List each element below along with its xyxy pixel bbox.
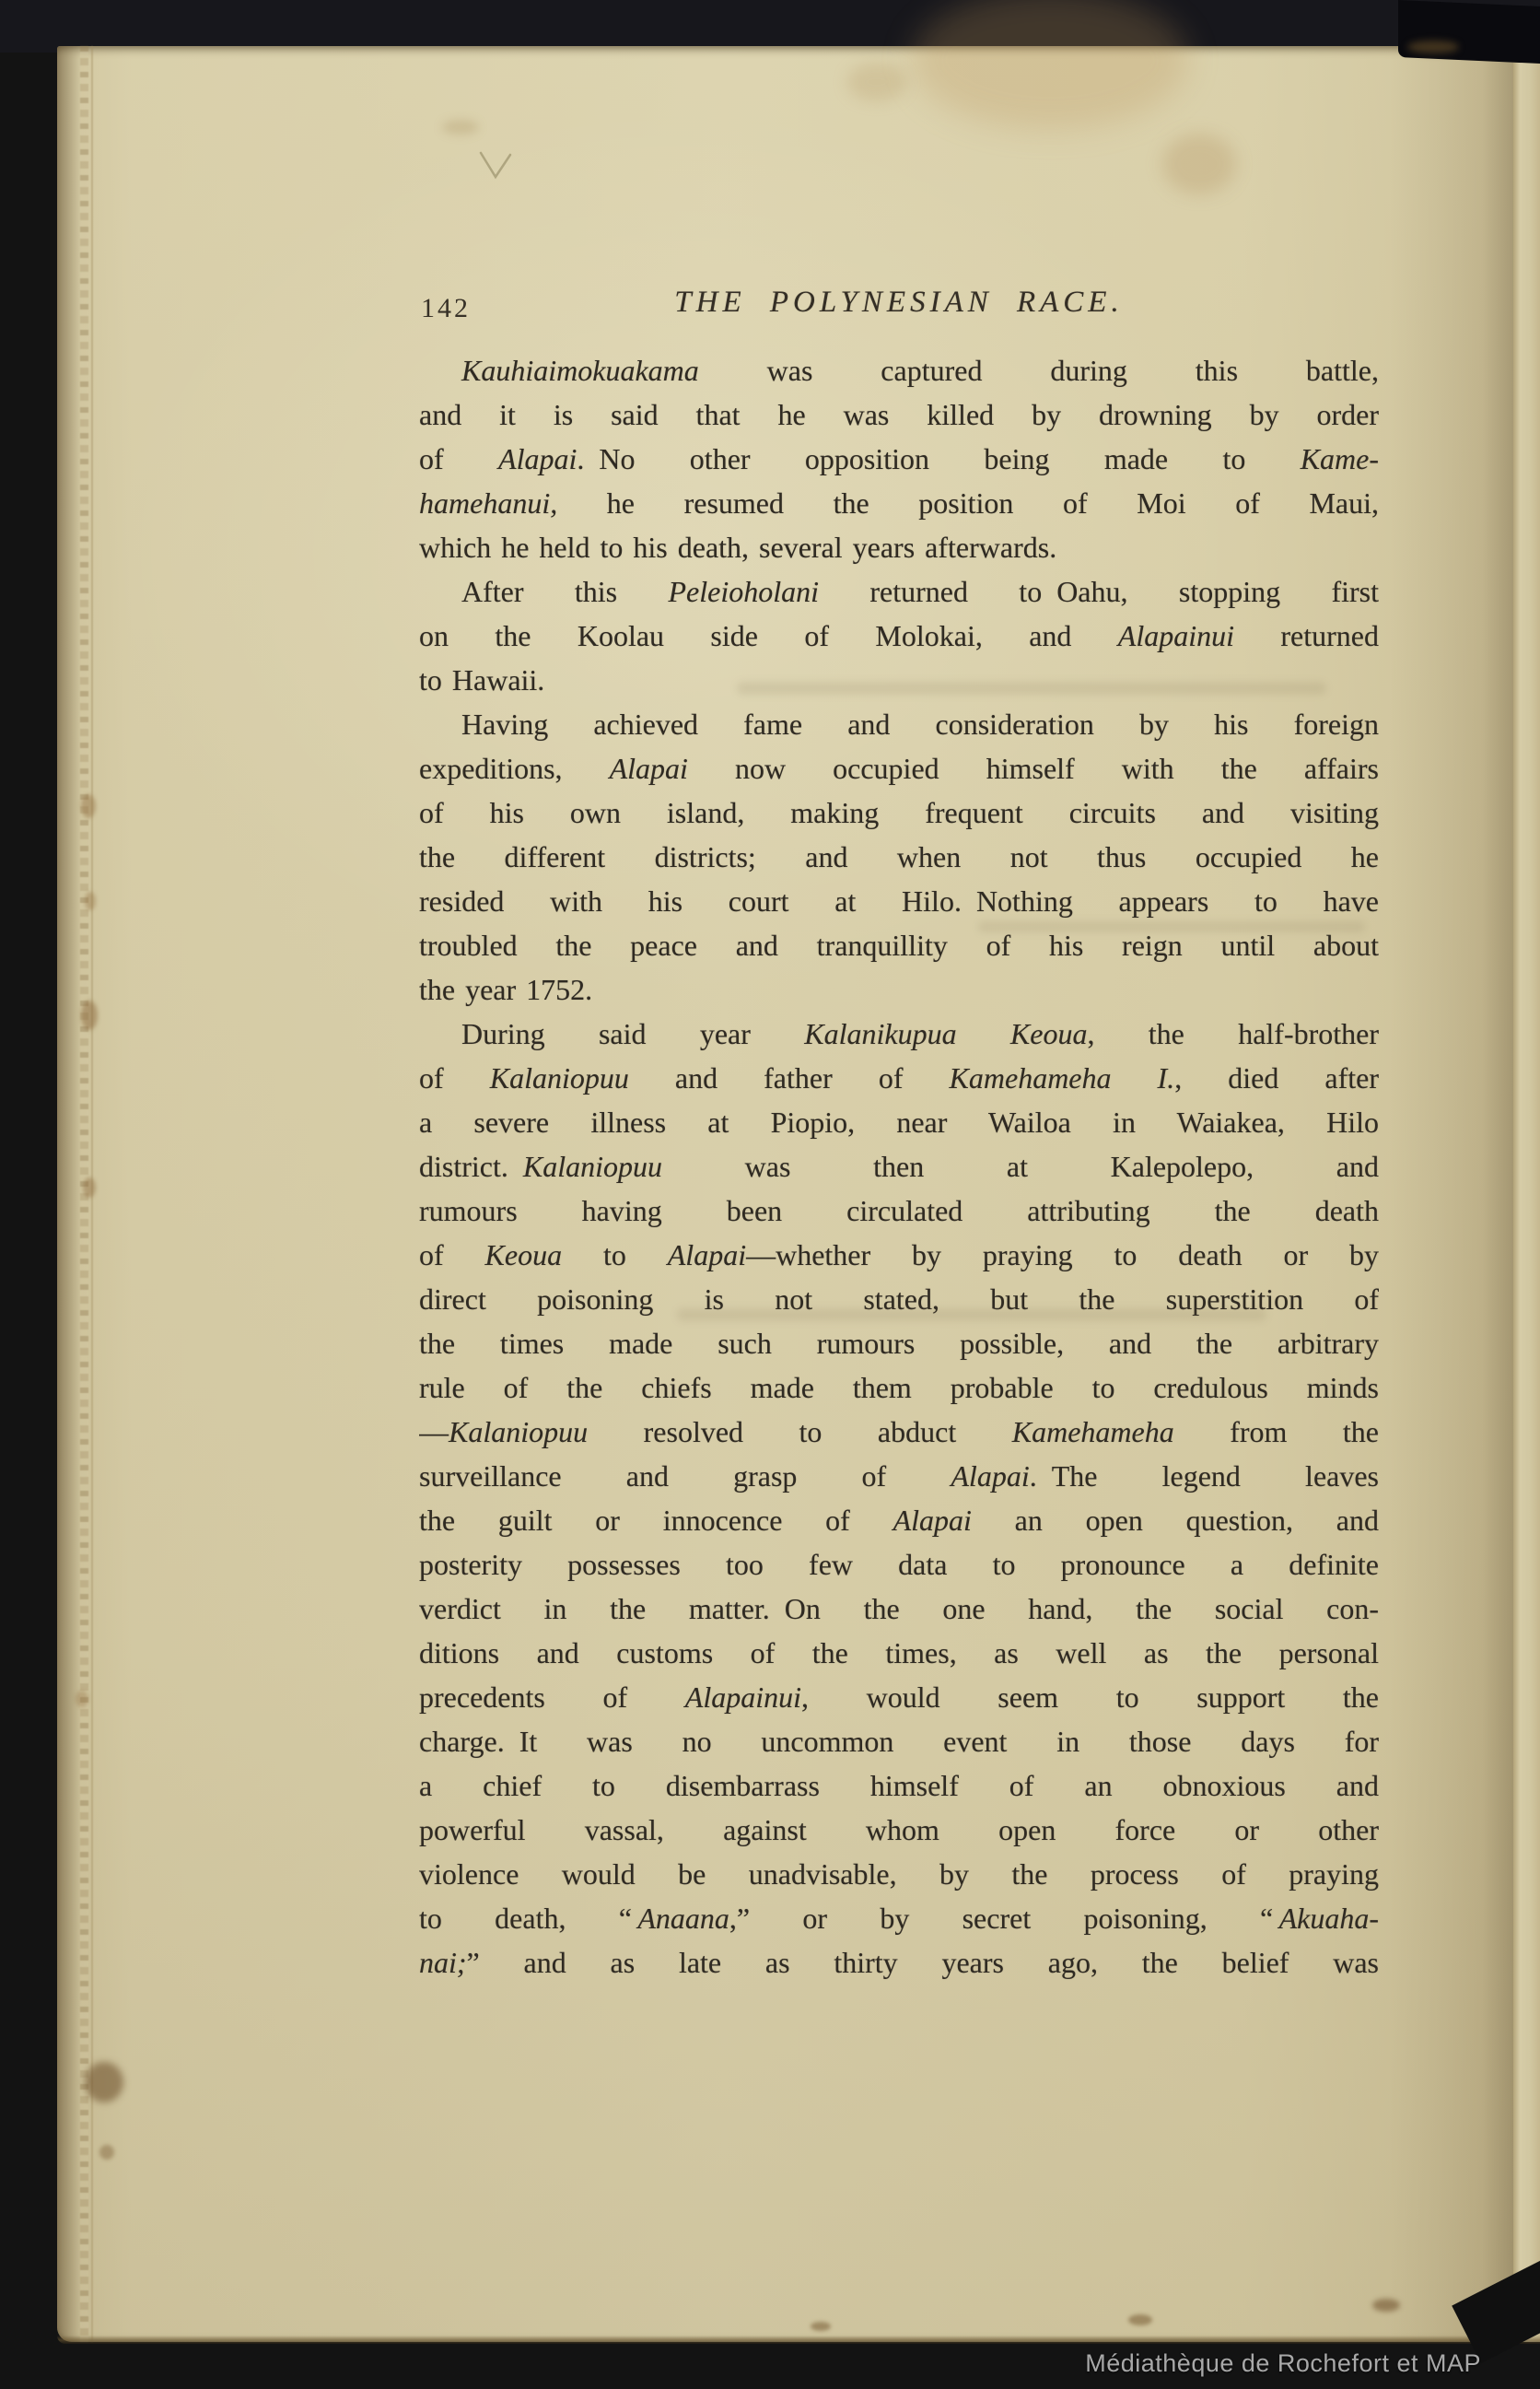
show-through-smudge bbox=[737, 682, 1326, 695]
italic-text: Keoua bbox=[485, 1238, 563, 1271]
italic-text: Kame- bbox=[1301, 442, 1379, 475]
italic-text: Alapai bbox=[951, 1459, 1029, 1493]
text-line: charge. It was no uncommon event in thos… bbox=[419, 1719, 1379, 1763]
roman-text: of bbox=[419, 1238, 485, 1271]
italic-text: Kalaniopuu bbox=[449, 1415, 588, 1448]
text-line: expeditions, Alapai now occupied himself… bbox=[419, 746, 1379, 790]
text-line: —Kalaniopuu resolved to abduct Kamehameh… bbox=[419, 1410, 1379, 1454]
italic-text: Alapai bbox=[668, 1238, 746, 1271]
italic-text: Alapai bbox=[610, 752, 688, 785]
text-line: and it is said that he was killed by dro… bbox=[419, 392, 1379, 437]
roman-text: , would seem to support the bbox=[801, 1680, 1379, 1714]
text-line: of his own island, making frequent circu… bbox=[419, 790, 1379, 835]
roman-text: was then at Kalepolepo, and bbox=[662, 1150, 1379, 1183]
italic-text: Kalaniopuu bbox=[523, 1150, 662, 1183]
page-number: 142 bbox=[421, 293, 471, 324]
roman-text: ,” or by secret poisoning, “ bbox=[729, 1902, 1279, 1935]
italic-text: Akuaha- bbox=[1279, 1902, 1379, 1935]
show-through-smudge bbox=[677, 1308, 1266, 1321]
roman-text: the guilt or innocence of bbox=[419, 1504, 893, 1537]
italic-text: Kauhiaimokuakama bbox=[461, 354, 699, 387]
roman-text: . No other opposition being made to bbox=[577, 442, 1300, 475]
roman-text: troubled the peace and tranquillity of h… bbox=[419, 929, 1379, 962]
roman-text: expeditions, bbox=[419, 752, 610, 785]
text-line: the times made such rumours possible, an… bbox=[419, 1321, 1379, 1365]
text-line: precedents of Alapainui, would seem to s… bbox=[419, 1675, 1379, 1719]
running-title: THE POLYNESIAN RACE. bbox=[419, 281, 1379, 320]
pencil-check-mark-stroke bbox=[475, 147, 516, 182]
roman-text: During said year bbox=[461, 1017, 804, 1050]
text-line: a chief to disembarrass himself of an ob… bbox=[419, 1763, 1379, 1808]
italic-text: nai; bbox=[419, 1946, 467, 1979]
text-line: a severe illness at Piopio, near Wailoa … bbox=[419, 1100, 1379, 1144]
roman-text: an open question, and bbox=[972, 1504, 1379, 1537]
roman-text: rule of the chiefs made them probable to… bbox=[419, 1371, 1379, 1404]
roman-text: district. bbox=[419, 1150, 523, 1183]
roman-text: and father of bbox=[629, 1061, 950, 1095]
text-line: powerful vassal, against whom open force… bbox=[419, 1808, 1379, 1852]
roman-text: ” and as late as thirty years ago, the b… bbox=[467, 1946, 1379, 1979]
text-line: Having achieved fame and consideration b… bbox=[419, 702, 1379, 746]
roman-text: on the Koolau side of Molokai, and bbox=[419, 619, 1118, 652]
page-left-edge-shadow bbox=[57, 46, 81, 2342]
notch-smudge bbox=[1407, 41, 1459, 53]
text-line: posterity possesses too few data to pron… bbox=[419, 1542, 1379, 1587]
roman-text: charge. It was no uncommon event in thos… bbox=[419, 1725, 1379, 1758]
page-bottom-edge bbox=[57, 2336, 1540, 2344]
roman-text: of bbox=[419, 442, 498, 475]
book-page: 142 THE POLYNESIAN RACE. Kauhiaimokuakam… bbox=[57, 46, 1540, 2342]
text-line: resided with his court at Hilo. Nothing … bbox=[419, 879, 1379, 923]
scanned-book-photo: 142 THE POLYNESIAN RACE. Kauhiaimokuakam… bbox=[0, 0, 1540, 2389]
roman-text: violence would be unadvisable, by the pr… bbox=[419, 1857, 1379, 1891]
roman-text: rumours having been circulated attributi… bbox=[419, 1194, 1379, 1227]
roman-text: the year 1752. bbox=[419, 973, 592, 1006]
roman-text: ditions and customs of the times, as wel… bbox=[419, 1636, 1379, 1669]
text-line: ditions and customs of the times, as wel… bbox=[419, 1631, 1379, 1675]
text-line: Kauhiaimokuakama was captured during thi… bbox=[419, 348, 1379, 392]
text-line: nai;” and as late as thirty years ago, t… bbox=[419, 1940, 1379, 1985]
text-line: which he held to his death, several year… bbox=[419, 525, 1379, 569]
text-line: violence would be unadvisable, by the pr… bbox=[419, 1852, 1379, 1896]
roman-text: from the bbox=[1174, 1415, 1379, 1448]
paragraph: Having achieved fame and consideration b… bbox=[419, 702, 1379, 1012]
text-line: of Alapai. No other opposition being mad… bbox=[419, 437, 1379, 481]
italic-text: Alapainui bbox=[1118, 619, 1234, 652]
text-line: the guilt or innocence of Alapai an open… bbox=[419, 1498, 1379, 1542]
text-line: district. Kalaniopuu was then at Kalepol… bbox=[419, 1144, 1379, 1189]
binding-crease-line bbox=[91, 46, 93, 2342]
text-line: to Hawaii. bbox=[419, 658, 1379, 702]
roman-text: was captured during this battle, bbox=[699, 354, 1379, 387]
roman-text: . The legend leaves bbox=[1030, 1459, 1379, 1493]
roman-text: to bbox=[562, 1238, 668, 1271]
roman-text: of bbox=[419, 1061, 490, 1095]
text-line: During said year Kalanikupua Keoua, the … bbox=[419, 1012, 1379, 1056]
roman-text: of his own island, making frequent circu… bbox=[419, 796, 1379, 829]
italic-text: Alapai bbox=[893, 1504, 972, 1537]
roman-text: returned bbox=[1234, 619, 1379, 652]
text-line: verdict in the matter. On the one hand, … bbox=[419, 1587, 1379, 1631]
text-line: surveillance and grasp of Alapai. The le… bbox=[419, 1454, 1379, 1498]
binding-crease bbox=[80, 46, 88, 2342]
text-line: the different districts; and when not th… bbox=[419, 835, 1379, 879]
text-line: After this Peleioholani returned to Oahu… bbox=[419, 569, 1379, 614]
text-line: on the Koolau side of Molokai, and Alapa… bbox=[419, 614, 1379, 658]
text-line: the year 1752. bbox=[419, 967, 1379, 1012]
roman-text: —whether by praying to death or by bbox=[746, 1238, 1379, 1271]
roman-text: Having achieved fame and consideration b… bbox=[461, 708, 1379, 741]
italic-text: Peleioholani bbox=[668, 575, 819, 608]
roman-text: precedents of bbox=[419, 1680, 685, 1714]
roman-text: returned to Oahu, stopping first bbox=[819, 575, 1379, 608]
roman-text: , the half-brother bbox=[1087, 1017, 1379, 1050]
italic-text: Alapainui bbox=[685, 1680, 801, 1714]
roman-text: — bbox=[419, 1415, 449, 1448]
roman-text: powerful vassal, against whom open force… bbox=[419, 1813, 1379, 1846]
text-line: of Keoua to Alapai—whether by praying to… bbox=[419, 1233, 1379, 1277]
roman-text: posterity possesses too few data to pron… bbox=[419, 1548, 1379, 1581]
roman-text: surveillance and grasp of bbox=[419, 1459, 951, 1493]
roman-text: After this bbox=[461, 575, 668, 608]
roman-text: now occupied himself with the affairs bbox=[688, 752, 1379, 785]
italic-text: Anaana bbox=[637, 1902, 729, 1935]
italic-text: Kalaniopuu bbox=[490, 1061, 629, 1095]
italic-text: Kamehameha bbox=[1012, 1415, 1174, 1448]
page-spine-edge bbox=[1513, 46, 1540, 2342]
roman-text: a severe illness at Piopio, near Wailoa … bbox=[419, 1106, 1379, 1139]
roman-text: which he held to his death, several year… bbox=[419, 531, 1056, 564]
roman-text: and it is said that he was killed by dro… bbox=[419, 398, 1379, 431]
roman-text: a chief to disembarrass himself of an ob… bbox=[419, 1769, 1379, 1802]
roman-text: , died after bbox=[1174, 1061, 1379, 1095]
paragraph: Kauhiaimokuakama was captured during thi… bbox=[419, 348, 1379, 569]
show-through-smudge bbox=[978, 921, 1365, 932]
italic-text: Alapai bbox=[498, 442, 577, 475]
roman-text: resolved to abduct bbox=[588, 1415, 1012, 1448]
library-watermark: Médiathèque de Rochefort et MAP bbox=[1085, 2349, 1481, 2378]
paragraph: During said year Kalanikupua Keoua, the … bbox=[419, 1012, 1379, 1985]
roman-text: the times made such rumours possible, an… bbox=[419, 1327, 1379, 1360]
roman-text: verdict in the matter. On the one hand, … bbox=[419, 1592, 1379, 1625]
roman-text: to death, “ bbox=[419, 1902, 637, 1935]
roman-text: resided with his court at Hilo. Nothing … bbox=[419, 884, 1379, 918]
roman-text: he resumed the position of Moi of Maui, bbox=[557, 486, 1379, 520]
pencil-check-mark bbox=[475, 147, 516, 187]
gutter-shading bbox=[1389, 46, 1513, 2342]
text-line: rule of the chiefs made them probable to… bbox=[419, 1365, 1379, 1410]
text-line: of Kalaniopuu and father of Kamehameha I… bbox=[419, 1056, 1379, 1100]
italic-text: hamehanui, bbox=[419, 486, 557, 520]
text-line: to death, “ Anaana,” or by secret poison… bbox=[419, 1896, 1379, 1940]
text-line: hamehanui, he resumed the position of Mo… bbox=[419, 481, 1379, 525]
text-block: Kauhiaimokuakama was captured during thi… bbox=[419, 348, 1379, 1985]
roman-text: to Hawaii. bbox=[419, 663, 544, 697]
running-head: 142 THE POLYNESIAN RACE. bbox=[419, 281, 1379, 327]
italic-text: Kalanikupua Keoua bbox=[804, 1017, 1087, 1050]
binding-notch bbox=[1398, 0, 1540, 64]
roman-text: the different districts; and when not th… bbox=[419, 840, 1379, 873]
italic-text: Kamehameha I. bbox=[950, 1061, 1175, 1095]
text-line: rumours having been circulated attributi… bbox=[419, 1189, 1379, 1233]
black-mat-top bbox=[0, 0, 1540, 53]
